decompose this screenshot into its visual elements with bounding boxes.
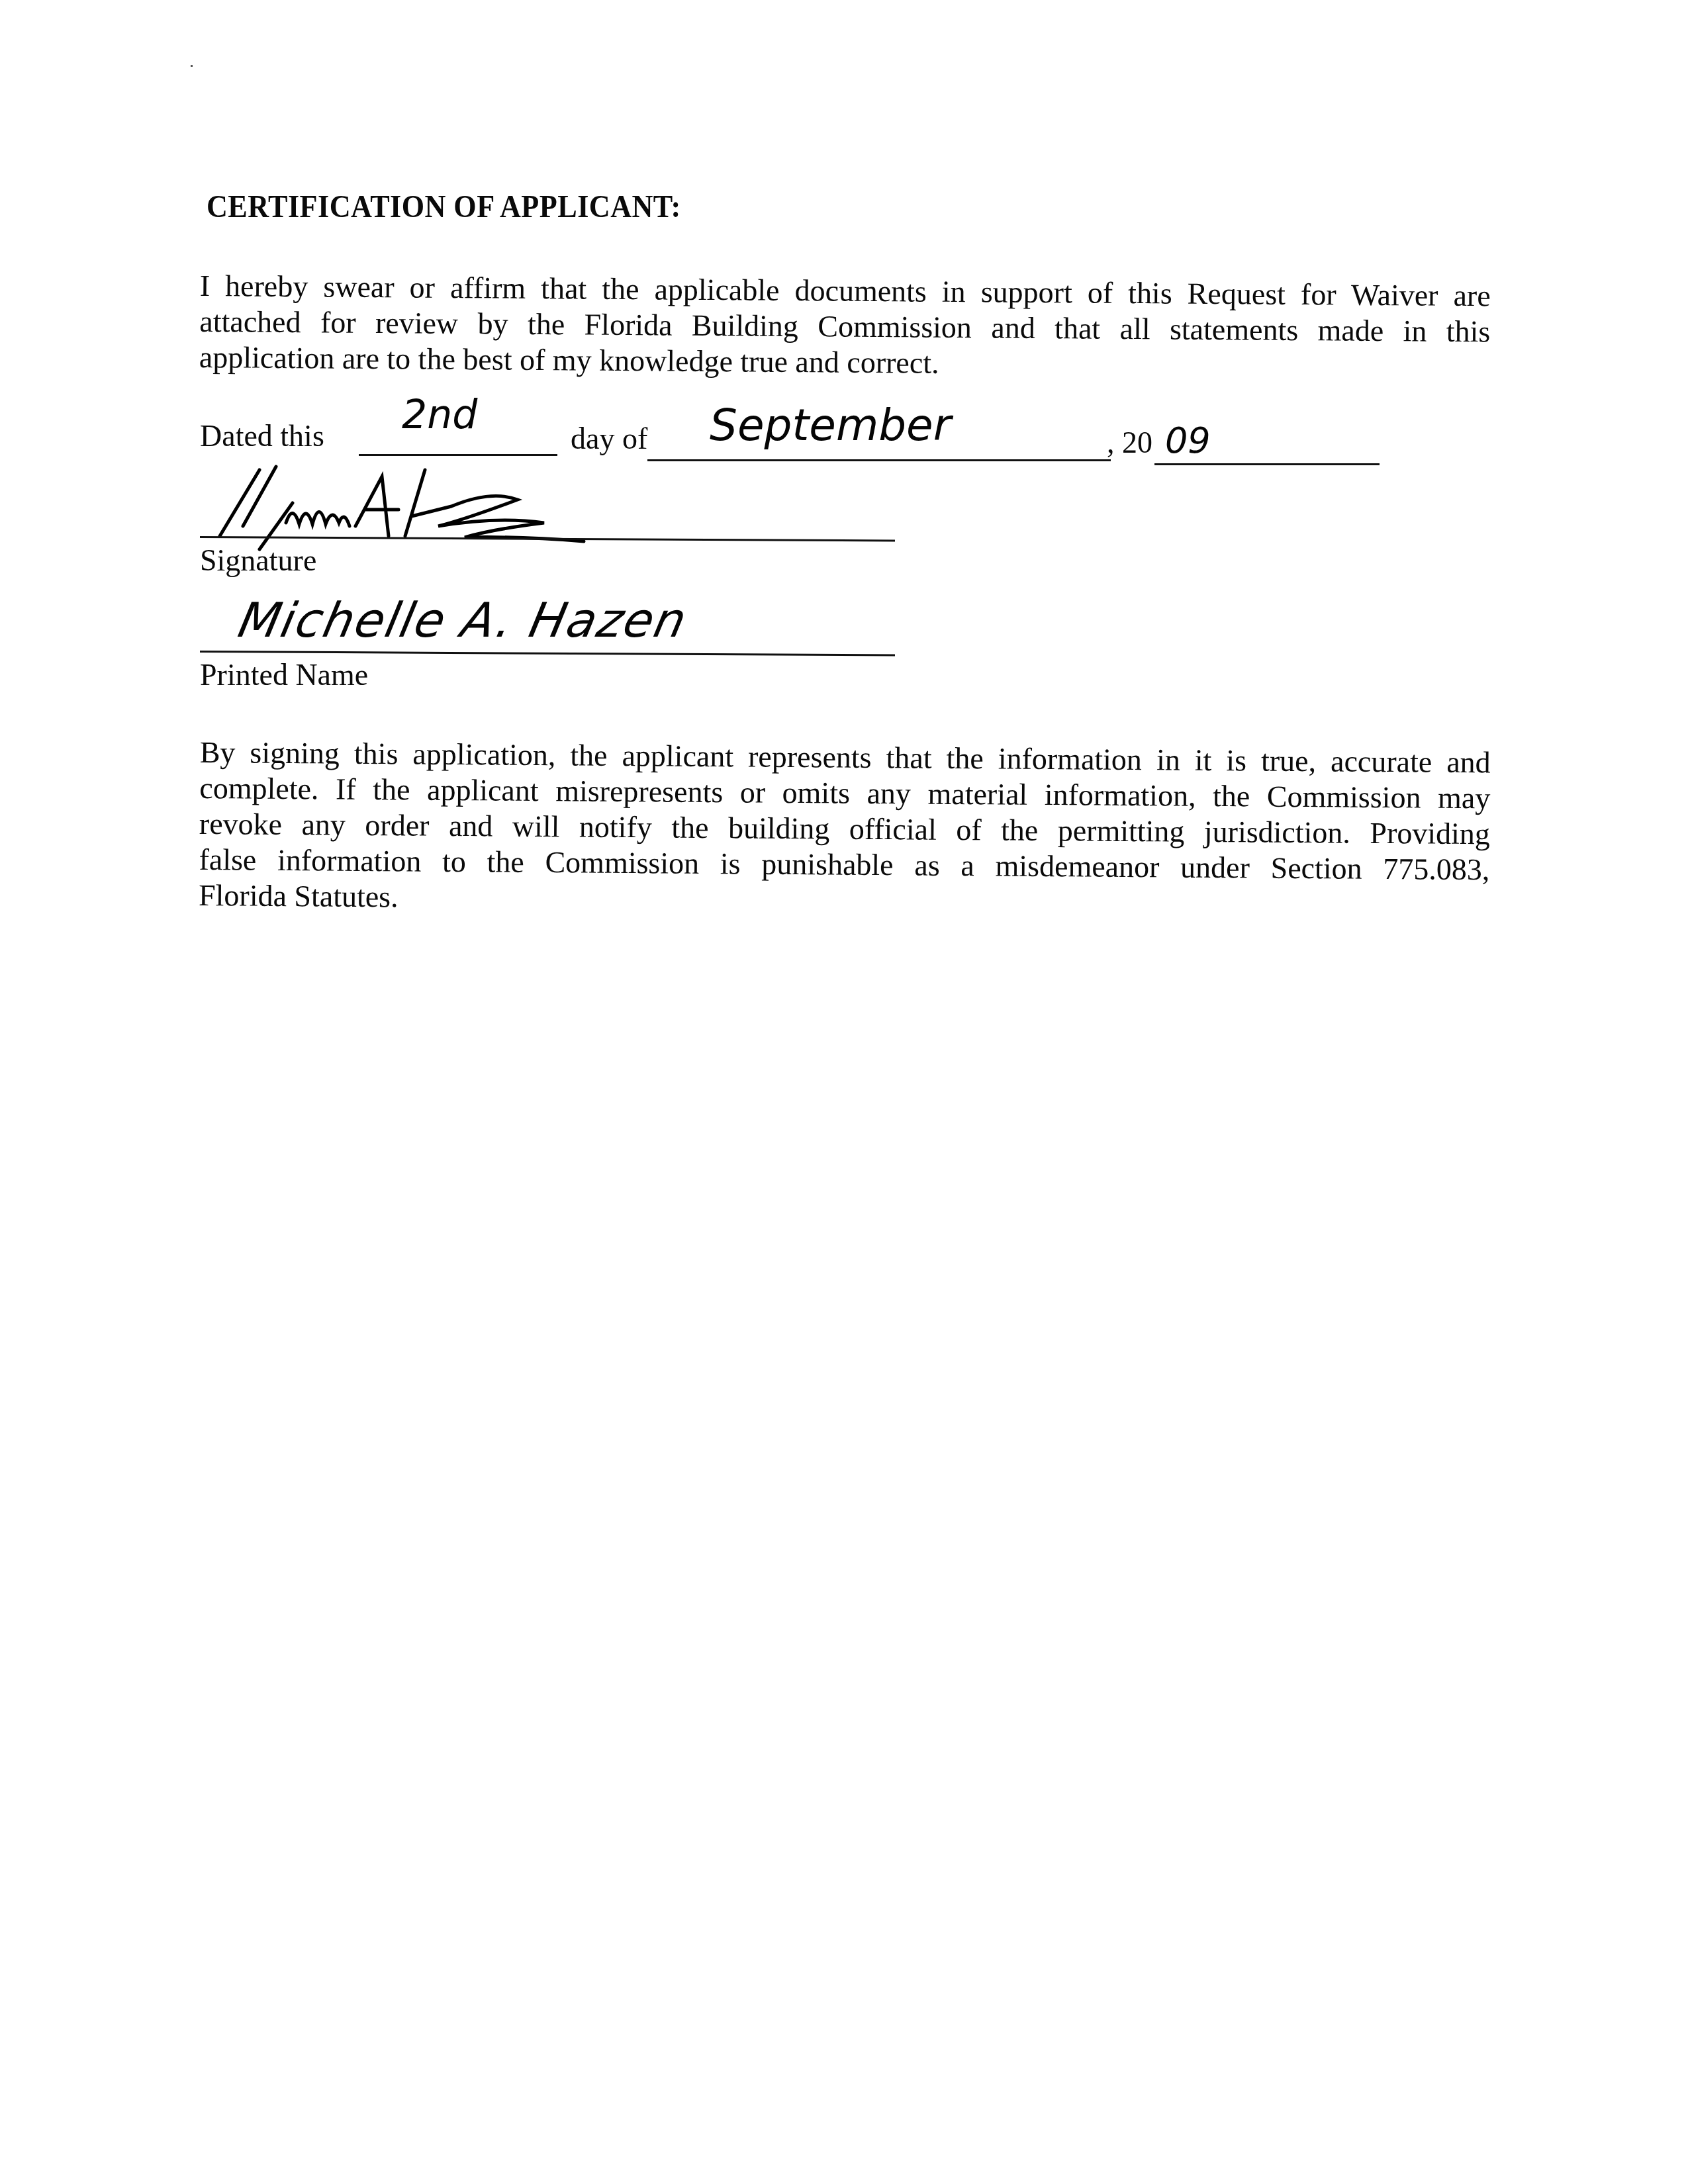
year-prefix-label: , 20: [1107, 425, 1152, 460]
printed-name-field[interactable]: Michelle A. Hazen: [234, 592, 692, 648]
scan-speck: [191, 65, 193, 67]
day-field[interactable]: 2nd: [402, 392, 477, 438]
document-page: CERTIFICATION OF APPLICANT: I hereby swe…: [0, 0, 1688, 2184]
disclaimer-paragraph: By signing this application, the applica…: [199, 735, 1491, 923]
signature-icon[interactable]: [213, 463, 677, 556]
certification-paragraph: I hereby swear or affirm that the applic…: [199, 268, 1491, 385]
year-field[interactable]: 09: [1165, 420, 1211, 461]
printed-name-label: Printed Name: [200, 657, 368, 692]
day-field-rule: [359, 454, 557, 456]
certification-heading: CERTIFICATION OF APPLICANT:: [207, 189, 681, 225]
year-field-rule: [1154, 463, 1380, 465]
month-field-rule: [647, 459, 1111, 461]
signature-label: Signature: [200, 543, 316, 578]
printed-name-rule: [200, 651, 895, 656]
day-of-label: day of: [571, 421, 647, 456]
month-field[interactable]: September: [710, 400, 951, 451]
dated-this-label: Dated this: [200, 418, 324, 453]
printed-name-block: Michelle A. Hazen Printed Name: [200, 592, 928, 692]
signature-block: Signature: [200, 483, 928, 582]
